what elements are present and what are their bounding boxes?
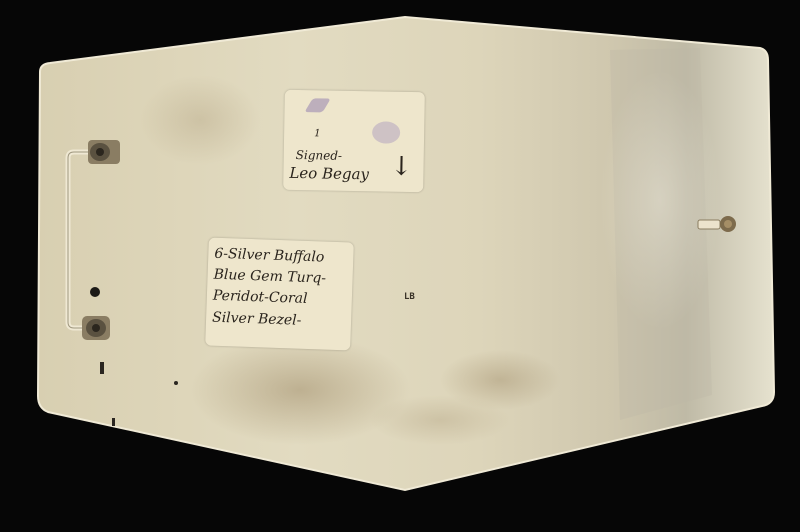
signed-tag: 1 Signed- Leo Begay ↓	[283, 90, 425, 192]
dark-spot	[100, 362, 104, 374]
tag-line-4: Silver Bezel-	[212, 310, 302, 329]
dark-spot	[90, 287, 100, 297]
tag-line-1: 6-Silver Buffalo	[214, 246, 324, 266]
tag-line-2: Blue Gem Turq-	[213, 267, 326, 287]
ink-smudge	[304, 98, 330, 112]
buckle-back	[0, 0, 800, 532]
tag-mark: 1	[314, 128, 321, 139]
photo-stage: 1 Signed- Leo Begay ↓ 6-Silver Buffalo B…	[0, 0, 800, 532]
ink-smudge	[372, 121, 400, 143]
tag-signed-text: Signed-	[296, 148, 343, 163]
arrow-down-icon: ↓	[390, 152, 412, 182]
tag-artist-name: Leo Begay	[289, 164, 369, 183]
description-tag: 6-Silver Buffalo Blue Gem Turq- Peridot-…	[205, 238, 354, 351]
tag-line-3: Peridot-Coral	[213, 288, 308, 307]
hallmark-stamp: LB	[404, 292, 415, 302]
